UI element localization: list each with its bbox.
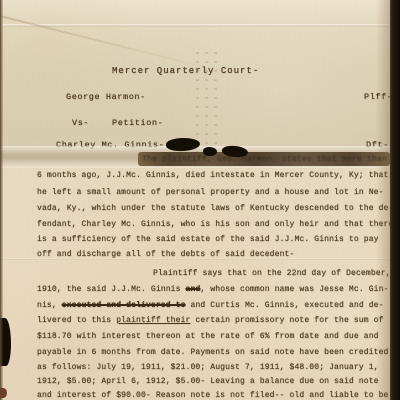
- petition-label: Petition-: [112, 118, 163, 128]
- struck-text: executed and delivered to: [62, 301, 186, 310]
- body-line: 6 months ago, J.J.Mc. Ginnis, died intes…: [37, 172, 389, 180]
- crease-top: [0, 24, 400, 27]
- body-line: livered to this plaintiff their certain …: [37, 317, 384, 325]
- body-line: fendant, Charley Mc. Ginnis, who is his …: [37, 221, 393, 229]
- body-line: nis, executed and delivered to and Curti…: [37, 302, 384, 310]
- court-title: Mercer Quarterly Court-: [112, 66, 259, 76]
- struck-text: and: [186, 285, 201, 294]
- body-line: and interest of $90.00- Reason note is n…: [37, 392, 389, 400]
- tear-stain: [203, 147, 217, 156]
- underlined-text: plaintiff their: [116, 316, 190, 325]
- body-line: 1912, $5.00; April 6, 1912, $5.00- Leavi…: [37, 378, 379, 386]
- plaintiff-name: George Harmon-: [66, 92, 146, 102]
- line-text: and Curtis Mc. Ginnis, executed and de-: [186, 301, 384, 310]
- obscured-line: The plaintiff, Geo. Harmon, states that …: [142, 155, 387, 164]
- body-line: off and discharge all of the debts of sa…: [37, 251, 294, 259]
- left-dark-edge: [0, 0, 3, 400]
- scanned-court-document: { "document": { "header": { "court_title…: [0, 0, 400, 400]
- line-text: certain promissory note for the sum of: [190, 316, 383, 325]
- body-line: vada, Ky., which under the statute laws …: [37, 205, 393, 213]
- line-text: 1910, the said J.J.Mc. Ginnis: [37, 285, 186, 294]
- smudged-text-band: The plaintiff, Geo. Harmon, states that …: [138, 152, 390, 166]
- right-dark-edge: [390, 0, 400, 400]
- body-line: he left a small amount of personal prope…: [37, 189, 384, 197]
- body-line: as follows: July 19, 1911, $21.00; Augus…: [37, 364, 379, 372]
- versus-label: Vs-: [72, 118, 89, 128]
- body-line: Plaintiff says that on the 22nd day of D…: [153, 270, 391, 278]
- line-text: nis,: [37, 301, 62, 310]
- line-text: livered to this: [37, 316, 116, 325]
- body-line: is a sufficiency of the said estate of t…: [37, 236, 379, 244]
- body-line: payable in 6 months from date. Payments …: [37, 349, 389, 357]
- line-text: , whose common name was Jesse Mc. Gin-: [200, 285, 388, 294]
- right-edge-shadow: [376, 0, 390, 400]
- body-line: $118.70 with interest thereon at the rat…: [37, 333, 379, 341]
- body-line: 1910, the said J.J.Mc. Ginnis and, whose…: [37, 286, 389, 294]
